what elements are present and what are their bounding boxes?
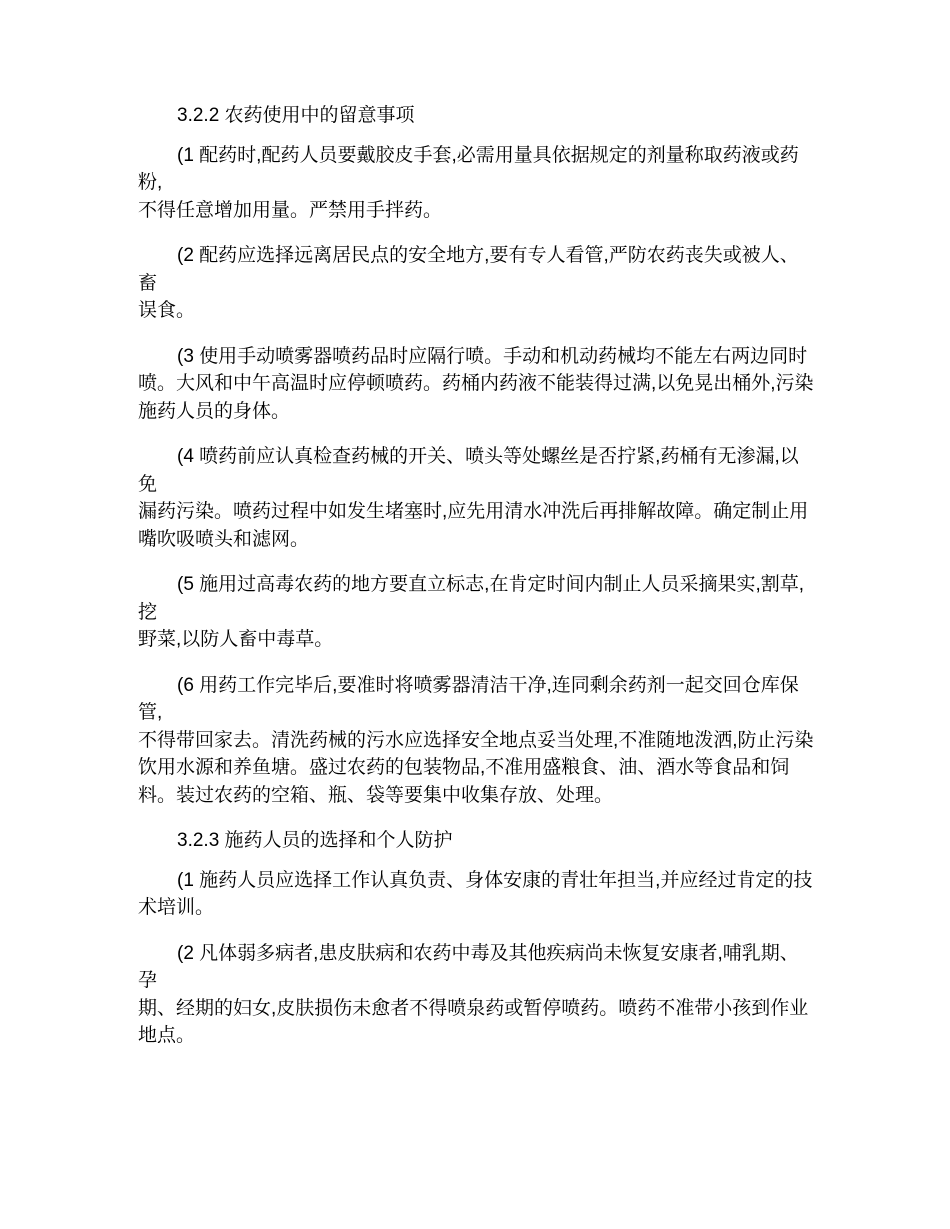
paragraph-323-2: (2 凡体弱多病者,患皮肤病和农药中毒及其他疾病尚未恢复安康者,哺乳期、孕 期、… <box>138 940 815 1050</box>
paragraph-322-5: (5 施用过高毒农药的地方要直立标志,在肯定时间内制止人员采摘果实,割草,挖 野… <box>138 571 815 654</box>
paragraph-323-1: (1 施药人员应选择工作认真负责、身体安康的青壮年担当,并应经过肯定的技 术培训… <box>138 867 815 922</box>
paragraph-322-4: (4 喷药前应认真检查药械的开关、喷头等处螺丝是否拧紧,药桶有无渗漏,以免 漏药… <box>138 443 815 553</box>
section-heading-323: 3.2.3 施药人员的选择和个人防护 <box>138 827 815 855</box>
paragraph-322-3: (3 使用手动喷雾器喷药品时应隔行喷。手动和机动药械均不能左右两边同时 喷。大风… <box>138 343 815 426</box>
section-heading-322: 3.2.2 农药使用中的留意事项 <box>138 102 815 130</box>
paragraph-322-2: (2 配药应选择远离居民点的安全地方,要有专人看管,严防农药丧失或被人、畜 误食… <box>138 242 815 325</box>
document-page: 3.2.2 农药使用中的留意事项 (1 配药时,配药人员要戴胶皮手套,必需用量具… <box>0 0 950 1229</box>
paragraph-322-6: (6 用药工作完毕后,要准时将喷雾器清洁干净,连同剩余药剂一起交回仓库保管, 不… <box>138 672 815 810</box>
paragraph-322-1: (1 配药时,配药人员要戴胶皮手套,必需用量具依据规定的剂量称取药液或药粉, 不… <box>138 142 815 225</box>
